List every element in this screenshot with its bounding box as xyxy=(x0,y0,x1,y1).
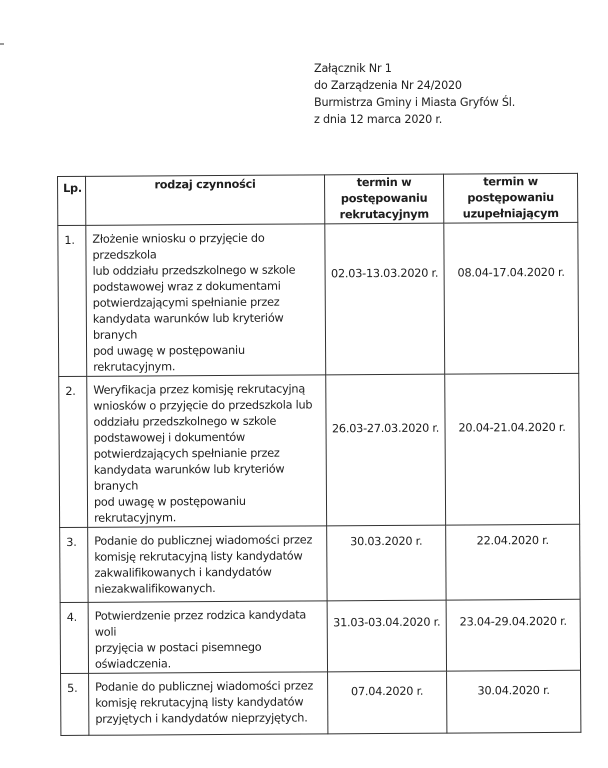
header-activity-type: rodzaj czynności xyxy=(86,175,325,225)
header-term-recruitment: termin w postępowaniu rekrutacyjnym xyxy=(324,174,443,224)
table-row: 4. Potwierdzenie przez rodzica kandydata… xyxy=(60,599,580,673)
annex-ordinance: do Zarządzenia Nr 24/2020 xyxy=(314,77,515,94)
row-activity: Podanie do publicznej wiadomości przez k… xyxy=(89,672,328,735)
row-term-supplementary: 20.04-21.04.2020 r. xyxy=(445,373,580,525)
header-term-supplementary: termin w postępowaniu uzupełniającym xyxy=(443,173,577,223)
recruitment-schedule-table: Lp. rodzaj czynności termin w postępowan… xyxy=(57,173,581,736)
annex-issuer: Burmistrza Gminy i Miasta Gryfów Śl. xyxy=(314,94,515,111)
row-activity: Złożenie wniosku o przyjęcie do przedszk… xyxy=(86,224,326,376)
row-term-supplementary: 22.04.2020 r. xyxy=(446,524,580,600)
row-term-recruitment: 30.03.2020 r. xyxy=(327,525,446,601)
table-header-row: Lp. rodzaj czynności termin w postępowan… xyxy=(58,173,578,225)
row-activity: Weryfikacja przez komisję rekrutacyjną w… xyxy=(87,375,327,527)
scanned-document-page: Załącznik Nr 1 do Zarządzenia Nr 24/2020… xyxy=(0,0,608,768)
row-term-recruitment: 07.04.2020 r. xyxy=(328,671,447,734)
row-number: 1. xyxy=(58,225,87,376)
header-lp: Lp. xyxy=(58,176,86,225)
table-row: 1. Złożenie wniosku o przyjęcie do przed… xyxy=(58,222,579,376)
table-row: 2. Weryfikacja przez komisję rekrutacyjn… xyxy=(59,373,580,527)
row-term-recruitment: 31.03-03.04.2020 r. xyxy=(327,600,446,672)
row-term-supplementary: 08.04-17.04.2020 r. xyxy=(444,222,579,374)
annex-date: z dnia 12 marca 2020 r. xyxy=(314,111,515,128)
annex-header: Załącznik Nr 1 do Zarządzenia Nr 24/2020… xyxy=(314,60,515,128)
row-term-supplementary: 30.04.2020 r. xyxy=(447,670,581,733)
row-number: 5. xyxy=(61,673,89,735)
table-row: 5. Podanie do publicznej wiadomości prze… xyxy=(61,670,581,735)
row-activity: Potwierdzenie przez rodzica kandydata wo… xyxy=(88,601,327,673)
row-term-recruitment: 02.03-13.03.2020 r. xyxy=(325,223,445,375)
row-number: 3. xyxy=(60,527,88,602)
row-activity: Podanie do publicznej wiadomości przez k… xyxy=(88,526,327,602)
row-number: 2. xyxy=(59,376,88,527)
table-row: 3. Podanie do publicznej wiadomości prze… xyxy=(60,524,580,602)
annex-number: Załącznik Nr 1 xyxy=(314,60,515,77)
row-term-recruitment: 26.03-27.03.2020 r. xyxy=(326,374,446,526)
row-number: 4. xyxy=(60,602,88,673)
row-term-supplementary: 23.04-29.04.2020 r. xyxy=(446,599,580,671)
scan-artifact xyxy=(0,43,4,45)
